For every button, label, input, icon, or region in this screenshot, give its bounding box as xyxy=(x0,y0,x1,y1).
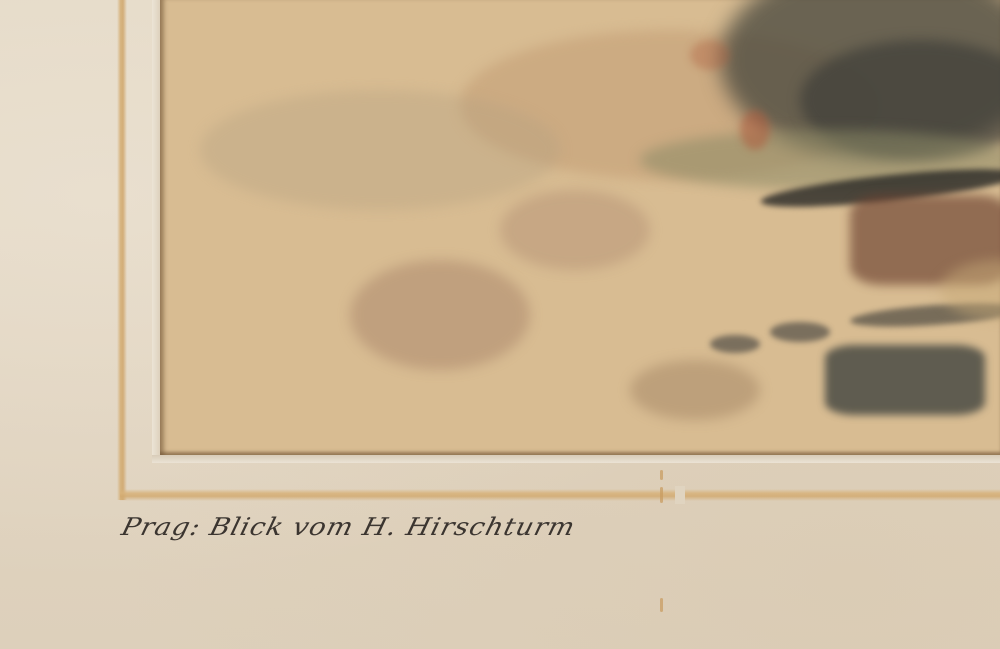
gold-rule-vertical xyxy=(117,0,127,500)
pencil-mark xyxy=(660,470,663,480)
gold-rule-gap xyxy=(675,486,685,504)
handwritten-caption: Prag: Blick vom H. Hirschturm xyxy=(119,514,579,542)
pencil-mark xyxy=(660,487,663,503)
pencil-mark xyxy=(660,598,663,612)
mat-bevel-bottom xyxy=(152,455,1000,463)
pastel-landscape-artwork xyxy=(160,0,1000,455)
gold-rule-horizontal xyxy=(120,489,1000,501)
